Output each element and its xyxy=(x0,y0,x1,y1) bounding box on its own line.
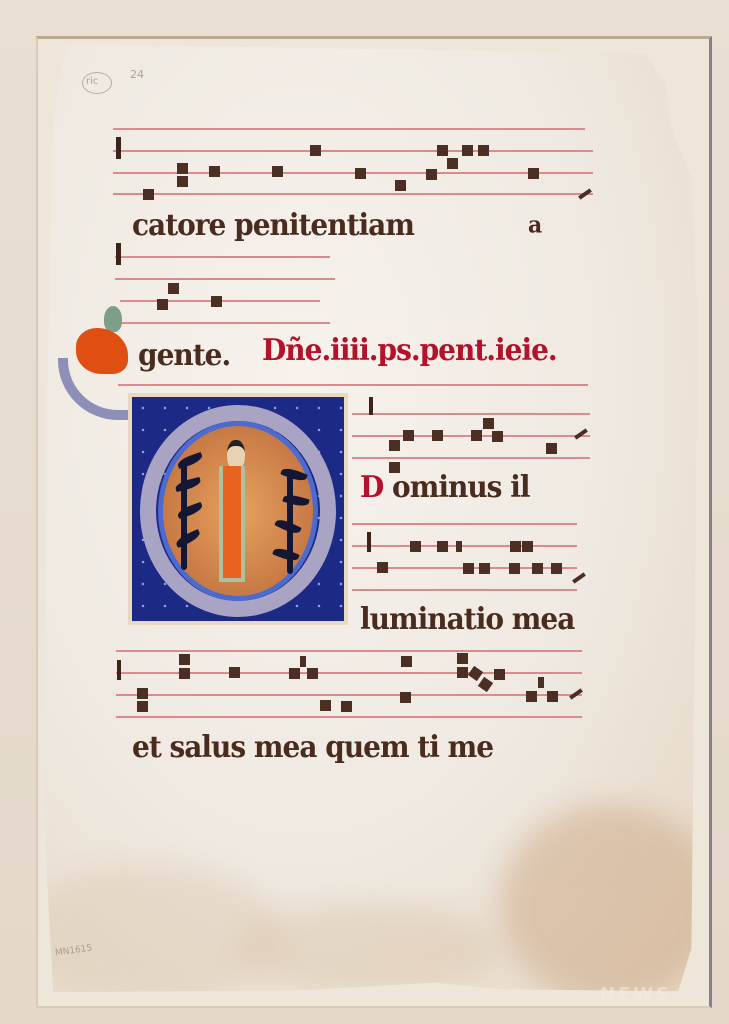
c-clef-icon xyxy=(116,137,121,159)
lyric-line-5: et salus mea quem ti me xyxy=(132,729,493,765)
f-clef-icon xyxy=(369,397,373,415)
figure-robe xyxy=(219,466,245,582)
stain xyxy=(20,864,280,1004)
watermark: NEWS xyxy=(600,984,672,1005)
rubric-text: Dñe.iiii.ps.pent.ieie. xyxy=(262,332,557,368)
stain xyxy=(240,904,500,994)
lyric-line-3: D ominus il xyxy=(360,469,529,505)
lyric-trailing: a xyxy=(528,211,541,239)
palm-frond-right xyxy=(281,470,295,590)
lyric-line-1: catore penitentiam xyxy=(132,207,414,243)
staff-line xyxy=(118,384,588,386)
initial-medallion xyxy=(158,421,318,601)
rubric-capital: D xyxy=(360,469,383,505)
lyric-line-2: gente. xyxy=(138,337,230,373)
f-clef-icon xyxy=(117,660,121,680)
f-clef-icon xyxy=(367,532,371,552)
lyric-line-4: luminatio mea xyxy=(360,601,574,637)
illuminated-initial xyxy=(128,393,348,625)
foliate-tendril-green xyxy=(104,306,122,332)
c-clef-icon xyxy=(116,243,121,265)
pencil-number: 24 xyxy=(130,68,144,81)
corner-mark: ric xyxy=(86,76,98,87)
palm-frond-left xyxy=(177,456,191,576)
